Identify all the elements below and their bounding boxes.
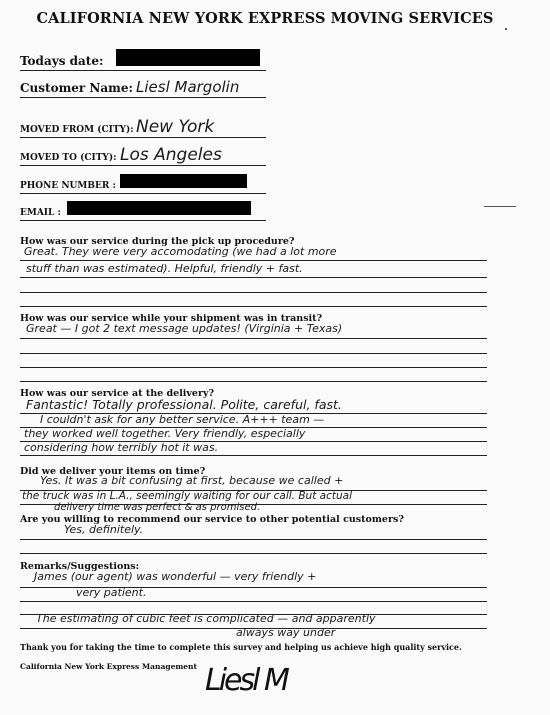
answer-rule bbox=[20, 277, 487, 278]
answer-transit-line-1: Great — I got 2 text message updates! (V… bbox=[26, 322, 342, 335]
answer-rule bbox=[20, 553, 487, 554]
remarks-line-4: always way under bbox=[236, 626, 335, 639]
phone-redaction bbox=[120, 174, 247, 188]
answer-delivery-line-3: they worked well together. Very friendly… bbox=[24, 427, 305, 440]
answer-recommend-line-1: Yes, definitely. bbox=[64, 523, 143, 536]
answer-rule bbox=[20, 338, 487, 339]
answer-on-time-line-1: Yes. It was a bit confusing at first, be… bbox=[40, 474, 343, 487]
moved-from-field: MOVED FROM (CITY): New York bbox=[20, 117, 266, 138]
date-label: Todays date: bbox=[20, 54, 103, 68]
answer-pickup-line-1: Great. They were very accomodating (we h… bbox=[24, 245, 337, 258]
answer-rule bbox=[20, 306, 487, 307]
scan-speck bbox=[505, 28, 507, 30]
company-title: CALIFORNIA NEW YORK EXPRESS MOVING SERVI… bbox=[0, 10, 530, 27]
moved-to-value: Los Angeles bbox=[120, 145, 222, 165]
scan-speck bbox=[484, 206, 516, 207]
answer-rule bbox=[20, 367, 487, 368]
phone-label: PHONE NUMBER : bbox=[20, 181, 116, 191]
answer-delivery-line-1: Fantastic! Totally professional. Polite,… bbox=[26, 397, 342, 412]
email-redaction bbox=[67, 201, 251, 215]
answer-rule bbox=[20, 539, 487, 540]
answer-delivery-line-2: I couldn't ask for any better service. A… bbox=[40, 413, 324, 426]
answer-rule bbox=[20, 260, 487, 261]
thank-you-note: Thank you for taking the time to complet… bbox=[20, 642, 462, 652]
customer-signature: Liesl M bbox=[205, 663, 287, 698]
moved-from-value: New York bbox=[136, 117, 214, 137]
remarks-line-2: very patient. bbox=[76, 586, 146, 599]
remarks-line-3: The estimating of cubic feet is complica… bbox=[36, 612, 376, 625]
moved-from-label: MOVED FROM (CITY): bbox=[20, 125, 134, 135]
management-label: California New York Express Management bbox=[20, 662, 197, 671]
answer-rule bbox=[20, 455, 487, 456]
answer-pickup-line-2: stuff than was estimated). Helpful, frie… bbox=[26, 262, 303, 275]
moved-to-field: MOVED TO (CITY): Los Angeles bbox=[20, 145, 266, 166]
customer-name-value: Liesl Margolin bbox=[136, 78, 239, 96]
answer-on-time-line-2: the truck was in L.A., seemingly waiting… bbox=[22, 490, 352, 502]
answer-on-time-line-3: delivery time was perfect & as promised. bbox=[54, 502, 260, 513]
answer-rule bbox=[20, 381, 487, 382]
answer-rule bbox=[20, 353, 487, 354]
date-redaction bbox=[116, 49, 260, 66]
moved-to-label: MOVED TO (CITY): bbox=[20, 153, 116, 163]
email-label: EMAIL : bbox=[20, 208, 61, 218]
answer-delivery-line-4: considering how terribly hot it was. bbox=[24, 441, 218, 454]
customer-name-label: Customer Name: bbox=[20, 81, 133, 95]
answer-rule bbox=[20, 292, 487, 293]
customer-name-field: Customer Name: Liesl Margolin bbox=[20, 77, 266, 98]
answer-rule bbox=[20, 601, 487, 602]
remarks-line-1: James (our agent) was wonderful — very f… bbox=[34, 570, 316, 583]
